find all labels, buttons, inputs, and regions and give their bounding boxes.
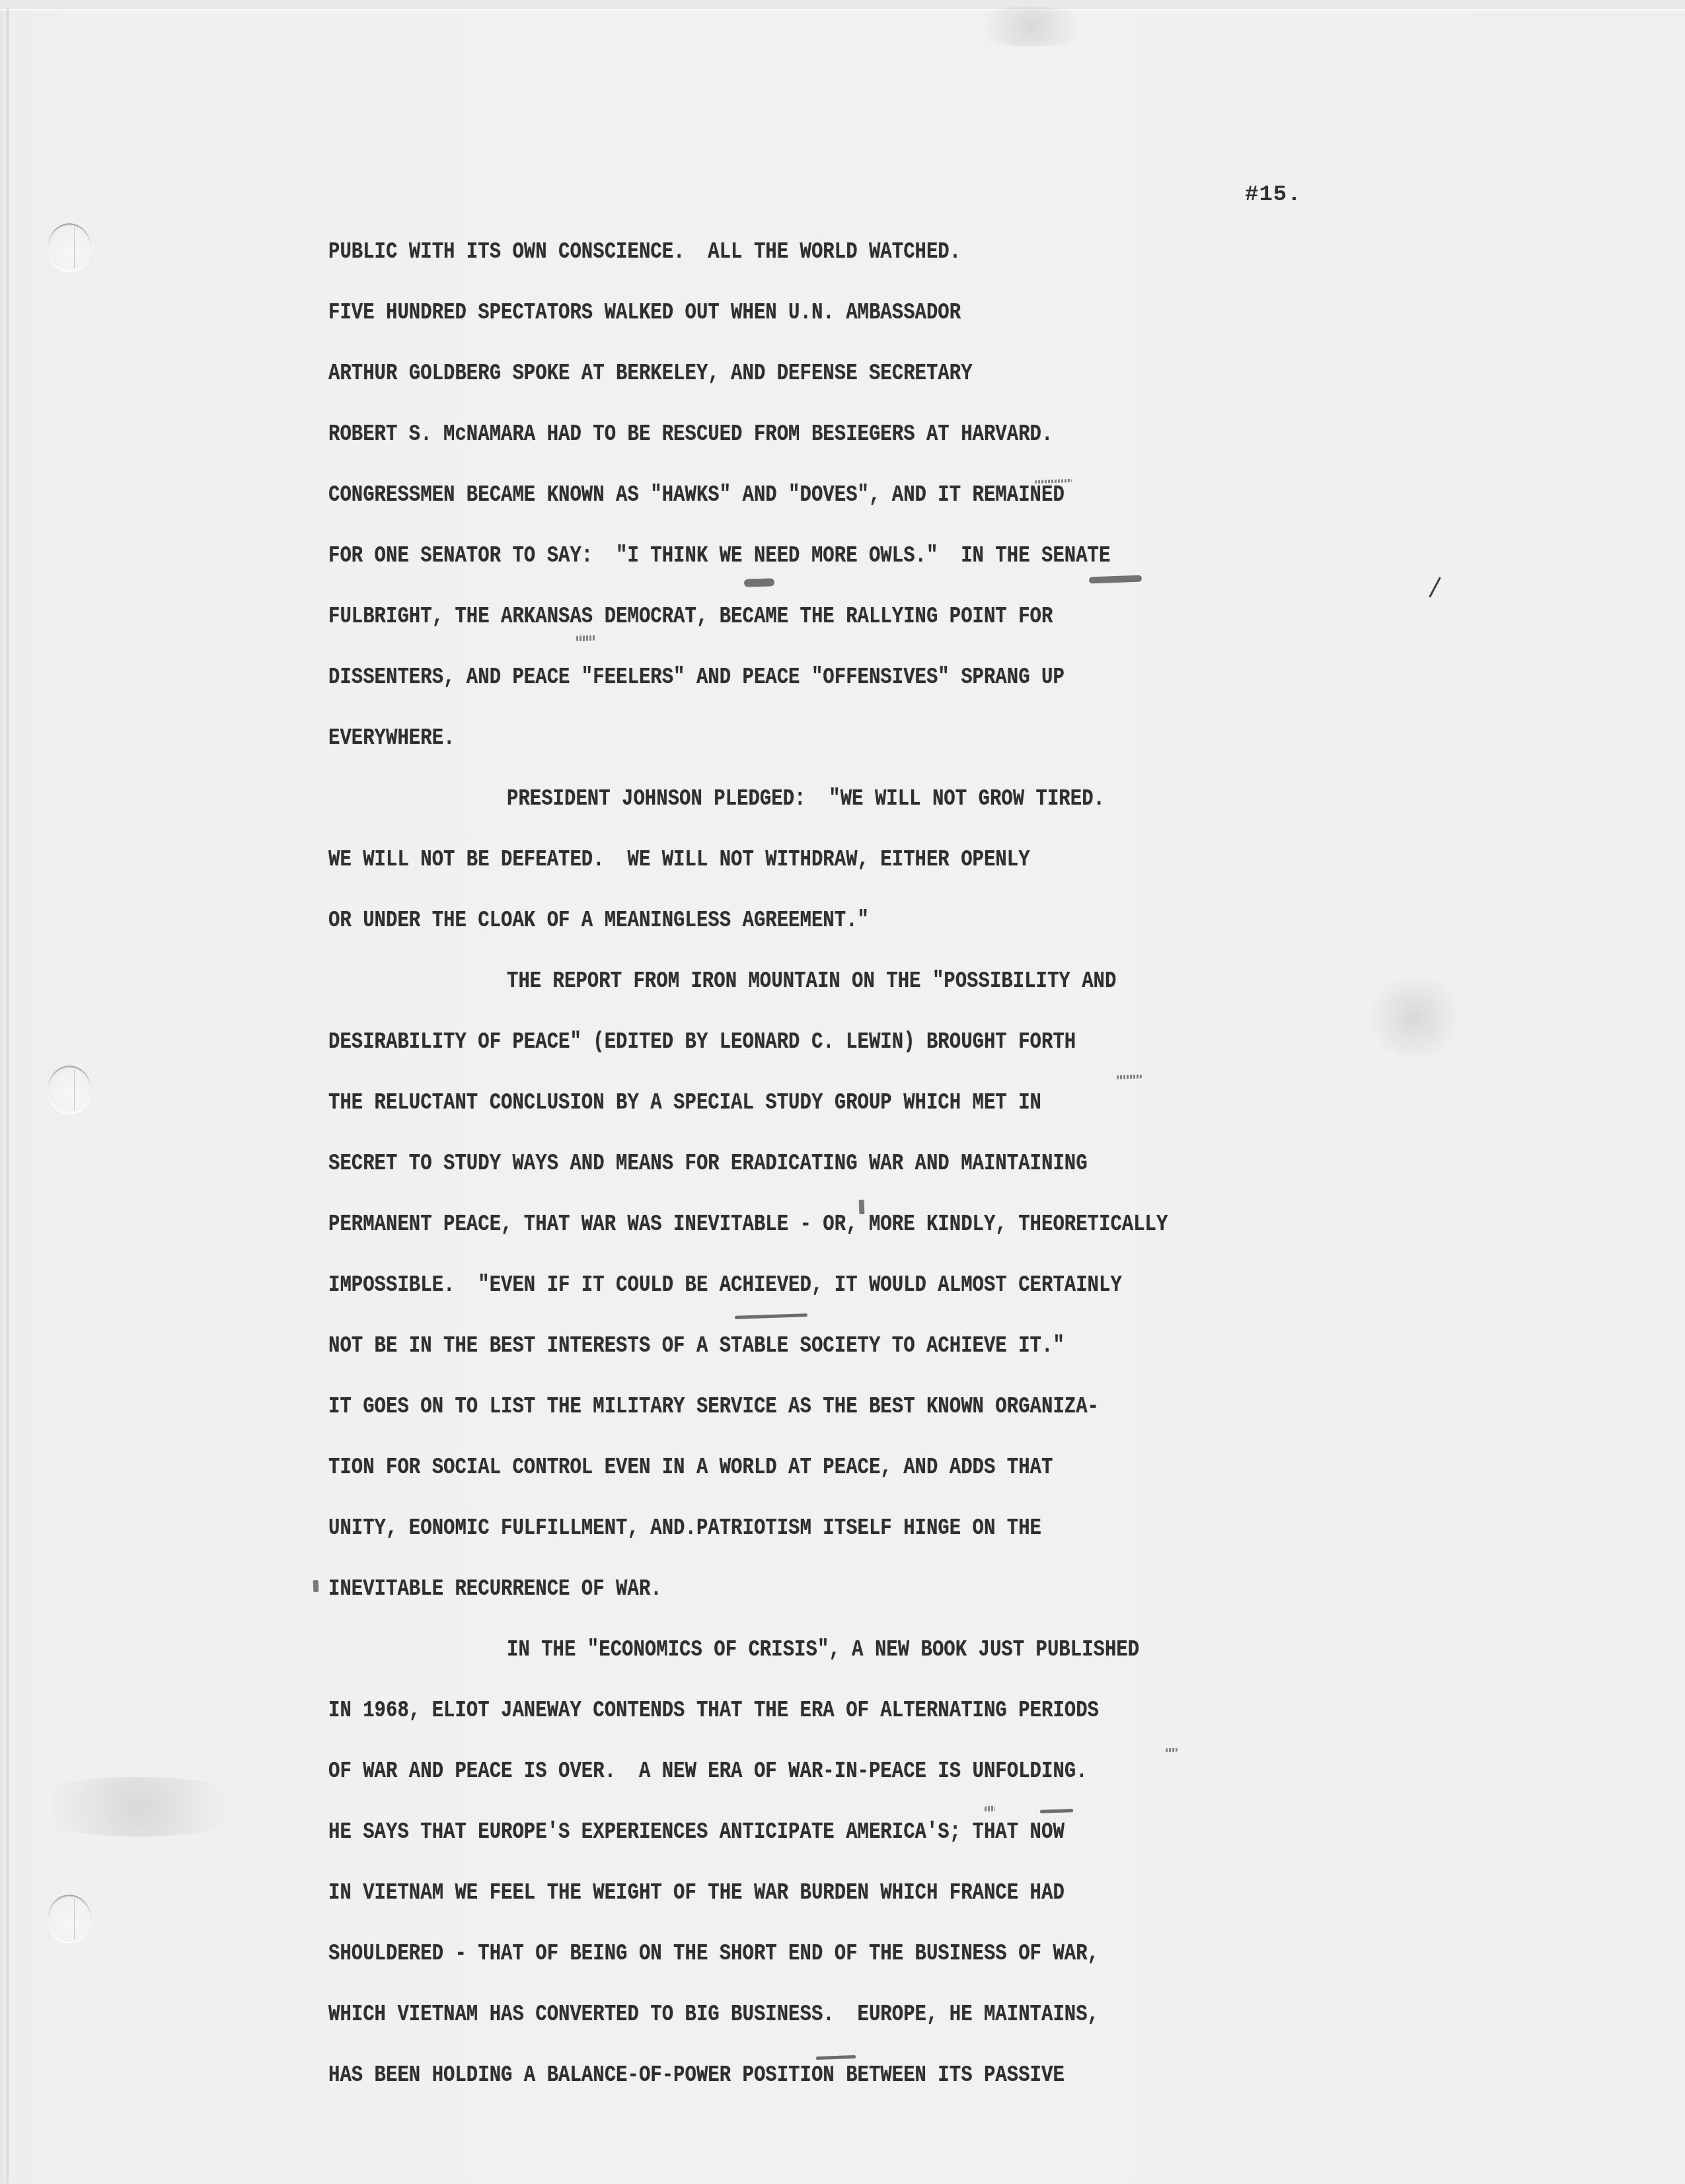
text-line: TION FOR SOCIAL CONTROL EVEN IN A WORLD … [328, 1455, 1053, 1481]
bleed-through-smudge [965, 7, 1097, 46]
text-line: OF WAR AND PEACE IS OVER. A NEW ERA OF W… [328, 1759, 1088, 1785]
text-line: DISSENTERS, AND PEACE "FEELERS" AND PEAC… [328, 665, 1065, 691]
text-line: PUBLIC WITH ITS OWN CONSCIENCE. ALL THE … [328, 239, 961, 266]
underline-mark-arkansas [576, 635, 596, 641]
text-line: INEVITABLE RECURRENCE OF WAR. [328, 1576, 662, 1603]
text-line: NOT BE IN THE BEST INTERESTS OF A STABLE… [328, 1333, 1065, 1360]
text-line: CONGRESSMEN BECAME KNOWN AS "HAWKS" AND … [328, 482, 1065, 509]
text-line: IT GOES ON TO LIST THE MILITARY SERVICE … [328, 1394, 1099, 1420]
text-line: IN VIETNAM WE FEEL THE WEIGHT OF THE WAR… [328, 1880, 1065, 1907]
text-line-indented: THE REPORT FROM IRON MOUNTAIN ON THE "PO… [507, 968, 1116, 995]
bleed-through-smudge [13, 1777, 264, 1837]
text-line: THE RELUCTANT CONCLUSION BY A SPECIAL ST… [328, 1090, 1041, 1116]
text-line: HAS BEEN HOLDING A BALANCE-OF-POWER POSI… [328, 2062, 1065, 2089]
page-edge [7, 9, 9, 2183]
text-line: FOR ONE SENATOR TO SAY: "I THINK WE NEED… [328, 543, 1110, 569]
text-line: FULBRIGHT, THE ARKANSAS DEMOCRAT, BECAME… [328, 604, 1053, 630]
page-number: #15. [1245, 182, 1302, 207]
text-line: WHICH VIETNAM HAS CONVERTED TO BIG BUSIN… [328, 2002, 1099, 2028]
text-line: SHOULDERED - THAT OF BEING ON THE SHORT … [328, 1941, 1099, 1967]
text-line: PERMANENT PEACE, THAT WAR WAS INEVITABLE… [328, 1212, 1168, 1238]
punch-hole-bottom [48, 1895, 91, 1944]
bleed-through-smudge [1361, 978, 1467, 1057]
text-line: ARTHUR GOLDBERG SPOKE AT BERKELEY, AND D… [328, 361, 973, 387]
punch-hole-middle [48, 1066, 91, 1114]
text-line-indented: PRESIDENT JOHNSON PLEDGED: "WE WILL NOT … [507, 786, 1105, 813]
correction-mark-inevitable [859, 1200, 865, 1214]
punch-hole-top [48, 223, 91, 272]
text-line: UNITY, EONOMIC FULFILLMENT, AND.PATRIOTI… [328, 1515, 1041, 1542]
text-line: FIVE HUNDRED SPECTATORS WALKED OUT WHEN … [328, 300, 961, 326]
text-line: IN 1968, ELIOT JANEWAY CONTENDS THAT THE… [328, 1698, 1099, 1724]
text-line: IMPOSSIBLE. "EVEN IF IT COULD BE ACHIEVE… [328, 1272, 1122, 1299]
text-line: ROBERT S. McNAMARA HAD TO BE RESCUED FRO… [328, 421, 1053, 448]
text-line: WE WILL NOT BE DEFEATED. WE WILL NOT WIT… [328, 847, 1030, 873]
underline-mark-era-2 [985, 1806, 995, 1812]
text-line: EVERYWHERE. [328, 725, 455, 752]
underline-mark-i [744, 578, 774, 587]
text-line: DESIRABILITY OF PEACE" (EDITED BY LEONAR… [328, 1029, 1076, 1056]
text-line: SECRET TO STUDY WAYS AND MEANS FOR ERADI… [328, 1151, 1088, 1177]
text-line: OR UNDER THE CLOAK OF A MEANINGLESS AGRE… [328, 908, 869, 934]
text-line-indented: IN THE "ECONOMICS OF CRISIS", A NEW BOOK… [507, 1637, 1139, 1663]
underline-mark-era [1166, 1748, 1178, 1753]
text-line: HE SAYS THAT EUROPE'S EXPERIENCES ANTICI… [328, 1819, 1065, 1846]
correction-mark-inevitable-2 [313, 1580, 319, 1592]
